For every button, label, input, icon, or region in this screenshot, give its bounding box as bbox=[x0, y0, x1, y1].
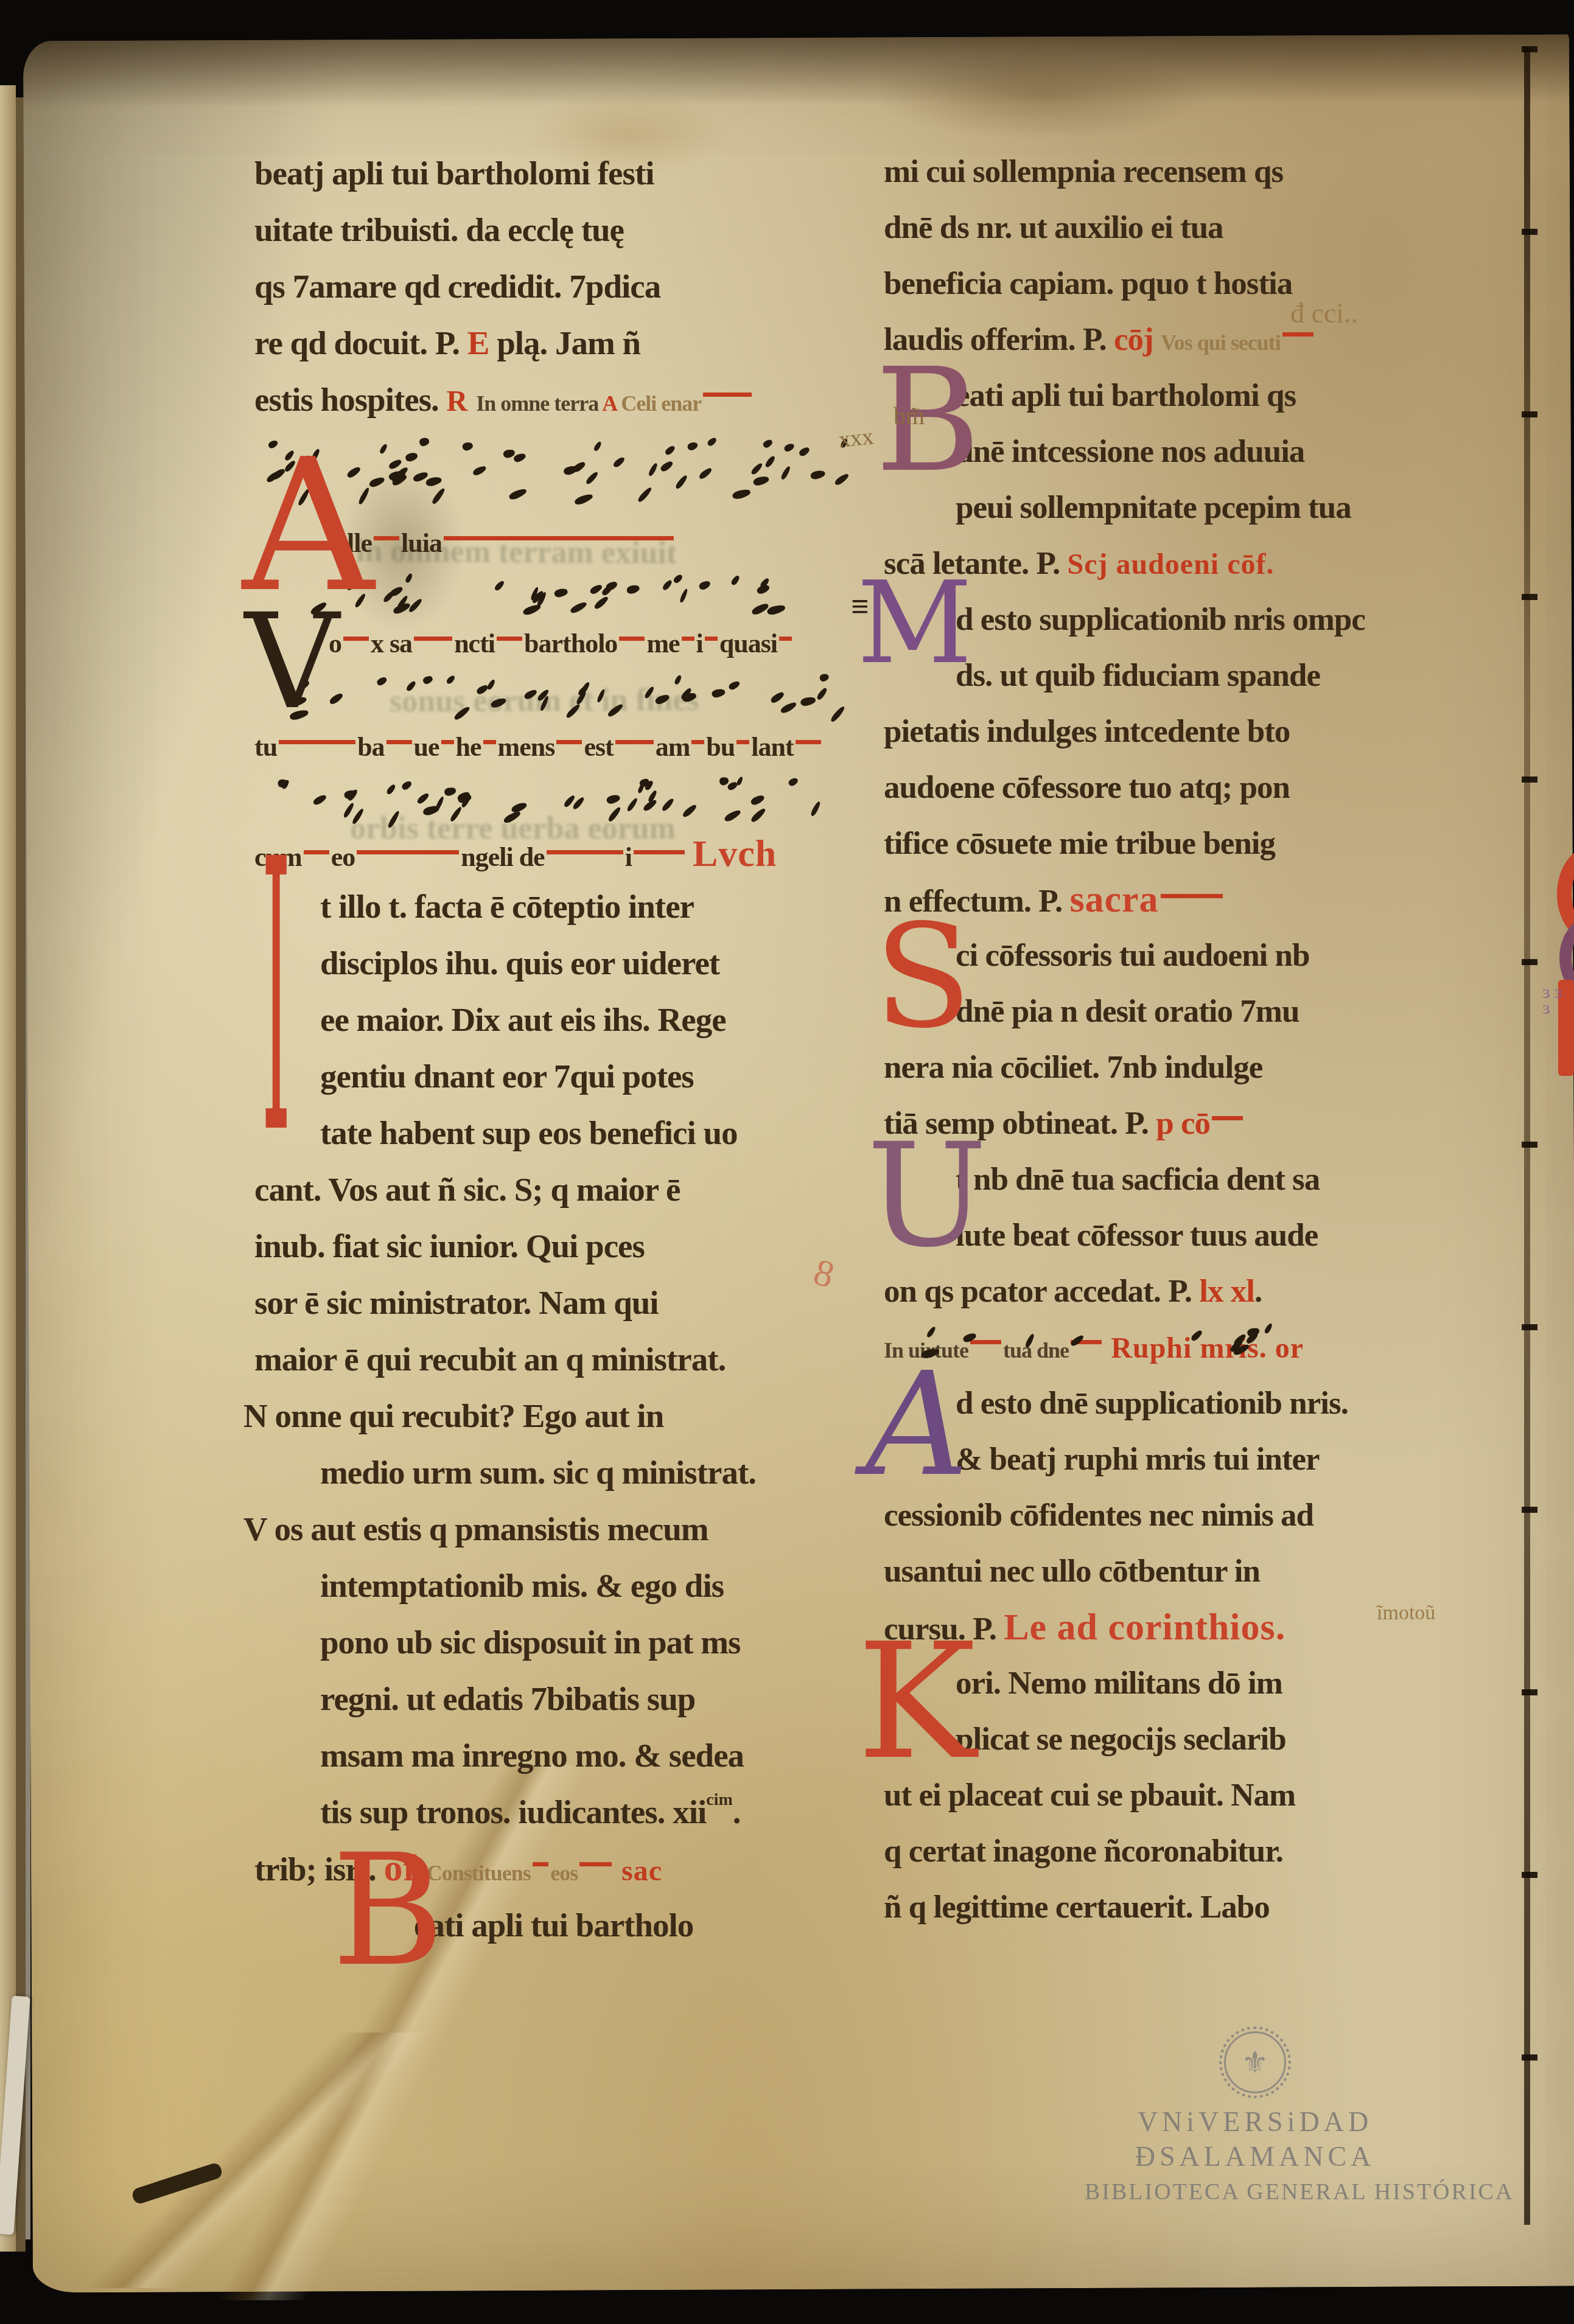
neume-mark bbox=[1247, 1327, 1260, 1338]
neume-mark bbox=[637, 486, 653, 503]
neume-mark bbox=[750, 807, 767, 823]
text-line: re qd docuit. P. E plą. Jam ñ bbox=[254, 315, 875, 371]
text-segment: p cō bbox=[1156, 1106, 1210, 1141]
red-extender-line: _ bbox=[691, 740, 704, 744]
neume-mark bbox=[508, 487, 528, 501]
neume-mark bbox=[810, 801, 822, 817]
neume-mark bbox=[673, 573, 684, 584]
neume-mark bbox=[461, 441, 473, 452]
neume-mark bbox=[405, 573, 413, 583]
initial-b-beati-right: B bbox=[875, 364, 981, 478]
neume-mark bbox=[379, 443, 388, 455]
neume-mark bbox=[750, 794, 765, 806]
red-extender-line: ______ bbox=[279, 740, 355, 744]
neume-mark bbox=[376, 675, 388, 686]
neume-mark bbox=[698, 467, 713, 481]
text-line: d esto dnē supplicationib nris. bbox=[884, 1375, 1505, 1431]
text-line: dnē pia n desit oratio 7mu bbox=[884, 983, 1505, 1039]
neume-mark bbox=[698, 579, 712, 591]
text-segment: x sa bbox=[371, 629, 412, 658]
text-segment: usantui nec ullo cōtbentur in bbox=[884, 1554, 1260, 1589]
neume-mark bbox=[422, 675, 434, 685]
text-line: tu______ba__ue_he_mens__est___am_bu_lant… bbox=[254, 723, 875, 772]
neume-mark bbox=[387, 810, 400, 828]
text-segment: ee maior. Dix aut eis ihs. Rege bbox=[320, 1001, 726, 1038]
text-segment: ngeli de bbox=[461, 842, 544, 872]
neume-mark bbox=[830, 705, 847, 723]
text-line: N onne qui recubit? Ego aut in bbox=[243, 1387, 875, 1444]
text-segment: gentiu dnant eor 7qui potes bbox=[320, 1058, 694, 1095]
purple-flourish: ɜ ɜ ɜ bbox=[1542, 985, 1574, 1016]
faded-gloss: bm̃ bbox=[894, 402, 925, 430]
neume-mark bbox=[637, 782, 646, 794]
neume-band bbox=[254, 668, 875, 723]
text-segment: q certat inagone ñcoronabitur. bbox=[884, 1834, 1283, 1869]
text-segment: tifice cōsuete mie tribue benig bbox=[884, 826, 1275, 861]
text-line: cant. Vos aut ñ sic. S; q maior ē bbox=[254, 1161, 875, 1218]
text-line: usantui nec ullo cōtbentur in bbox=[884, 1543, 1505, 1599]
text-segment: t illo t. facta ē cōteptio inter bbox=[320, 888, 694, 925]
text-line: disciplos ihu. quis eor uideret bbox=[254, 935, 875, 991]
watermark-university: VNiVERSiDAD bbox=[1103, 2106, 1407, 2138]
text-line: inub. fiat sic iunior. Qui pces bbox=[254, 1218, 875, 1274]
text-segment bbox=[687, 842, 693, 872]
text-line: regni. ut edatis 7bibatis sup bbox=[254, 1670, 875, 1727]
text-line: dnē ds nr. ut auxilio ei tua bbox=[884, 200, 1505, 256]
neume-mark bbox=[780, 466, 791, 481]
text-segment: i bbox=[696, 629, 703, 658]
text-line: ee maior. Dix aut eis ihs. Rege bbox=[254, 991, 875, 1048]
text-segment: Lvch bbox=[693, 833, 777, 874]
red-extender-line: __ bbox=[497, 637, 522, 641]
text-segment: uitate tribuisti. da ecclę tuę bbox=[254, 211, 624, 248]
text-line: nera nia cōciliet. 7nb indulge bbox=[884, 1039, 1505, 1095]
neume-mark bbox=[606, 702, 624, 718]
neume-mark bbox=[816, 687, 828, 701]
text-line: ori. Nemo militans dō im bbox=[884, 1655, 1505, 1711]
initial-v-vox: V bbox=[245, 610, 339, 714]
neume-mark bbox=[351, 808, 365, 825]
text-segment: Vos qui secuti bbox=[1161, 330, 1281, 355]
text-line: beatj apli tui bartholomi festi bbox=[254, 145, 875, 201]
text-segment: plą. Jam ñ bbox=[497, 324, 640, 361]
faded-gloss: đ cci.. bbox=[1290, 297, 1358, 329]
text-segment: inub. fiat sic iunior. Qui pces bbox=[254, 1227, 645, 1265]
neume-mark bbox=[730, 574, 741, 585]
text-line: cessionib cōfidentes nec nimis ad bbox=[884, 1487, 1505, 1543]
text-line: beneficia capiam. pquo t hostia bbox=[884, 256, 1505, 312]
red-extender-line: __ bbox=[556, 740, 582, 744]
neume-mark bbox=[797, 446, 810, 458]
book-gutter-shadow bbox=[16, 97, 26, 2252]
neume-mark bbox=[728, 680, 741, 691]
text-line: uitate tribuisti. da ecclę tuę bbox=[254, 201, 875, 258]
neume-mark bbox=[679, 588, 689, 604]
neume-mark bbox=[593, 595, 610, 610]
text-line: medio urm sum. sic q ministrat. bbox=[254, 1444, 875, 1501]
text-line: q certat inagone ñcoronabitur. bbox=[884, 1823, 1505, 1879]
text-segment: plicat se negocijs seclarib bbox=[956, 1722, 1286, 1757]
text-segment: msam ma inregno mo. & sedea bbox=[320, 1737, 744, 1774]
neume-mark bbox=[654, 693, 670, 706]
initial-b-beati: B bbox=[332, 1850, 444, 1973]
red-extender-line: ____ bbox=[634, 850, 685, 854]
text-segment: eo bbox=[331, 842, 355, 872]
neume-mark bbox=[416, 792, 430, 806]
text-line: mi cui sollempnia recensem qs bbox=[884, 144, 1505, 200]
text-segment: d esto dnē supplicationib nris. bbox=[956, 1386, 1348, 1421]
text-segment: audoene cōfessore tuo atq; pon bbox=[884, 770, 1290, 805]
neume-mark bbox=[764, 455, 775, 468]
text-line: tifice cōsuete mie tribue benig bbox=[884, 815, 1505, 871]
red-extender-line: _ bbox=[736, 740, 749, 744]
neume-mark bbox=[687, 441, 699, 452]
text-segment: pietatis indulges intcedente bto bbox=[884, 714, 1290, 749]
red-extender-line: ______ bbox=[547, 850, 623, 854]
manuscript-photo: in omnem terram exiuit sonus eorum et in… bbox=[0, 0, 1574, 2324]
text-segment: d esto supplicationib nris ompc bbox=[956, 602, 1365, 637]
text-segment: dnē ds nr. ut auxilio ei tua bbox=[884, 210, 1223, 245]
fleur-de-lis-icon: ⚜ bbox=[1226, 2033, 1284, 2092]
text-line: audoene cōfessore tuo atq; pon bbox=[884, 759, 1505, 815]
neume-mark bbox=[443, 786, 456, 797]
text-segment: mi cui sollempnia recensem qs bbox=[884, 154, 1283, 189]
text-segment: ue bbox=[414, 732, 439, 762]
text-segment: ñ q legittime certauerit. Labo bbox=[884, 1890, 1270, 1925]
text-segment: lx xl bbox=[1199, 1274, 1254, 1309]
neume-mark bbox=[565, 703, 581, 720]
neume-mark bbox=[490, 697, 508, 710]
red-extender-line: __ bbox=[387, 740, 412, 744]
neume-mark bbox=[435, 796, 445, 811]
text-line: d esto supplicationib nris ompc bbox=[884, 591, 1505, 647]
text-segment: me bbox=[646, 629, 679, 658]
text-segment: est bbox=[584, 732, 613, 762]
text-segment: ba bbox=[357, 732, 384, 762]
neume-mark bbox=[707, 436, 718, 447]
neume-mark bbox=[674, 674, 682, 685]
text-segment: he bbox=[456, 732, 481, 762]
neume-mark bbox=[711, 688, 726, 699]
text-segment: quasi bbox=[719, 629, 777, 658]
text-segment: t nb dnē tua sacficia dent sa bbox=[956, 1162, 1320, 1197]
initial-a-adesto: A bbox=[866, 1368, 969, 1482]
text-segment: re qd docuit. P. bbox=[254, 324, 467, 361]
neume-mark bbox=[446, 674, 456, 685]
text-segment: sacra bbox=[1069, 879, 1158, 920]
text-segment: sor ē sic ministrator. Nam qui bbox=[254, 1284, 659, 1321]
red-extender-line: ___ bbox=[703, 393, 752, 397]
initial-u-ut: U bbox=[867, 1139, 987, 1254]
text-line: gentiu dnant eor 7qui potes bbox=[254, 1048, 875, 1104]
neume-mark bbox=[572, 461, 587, 473]
text-line: & beatj ruphi mris tui inter bbox=[884, 1431, 1505, 1487]
text-segment: intemptationib mis. & ego dis bbox=[320, 1567, 724, 1604]
red-extender-line: ___ bbox=[615, 740, 654, 744]
red-extender-line: __ bbox=[579, 1862, 612, 1866]
text-segment: cant. Vos aut ñ sic. S; q maior ē bbox=[254, 1171, 680, 1208]
neume-mark bbox=[783, 442, 796, 453]
text-segment: am bbox=[656, 732, 690, 762]
text-line: maior ē qui recubit an q ministrat. bbox=[254, 1331, 875, 1387]
text-segment: eati apli tui bartholomi qs bbox=[956, 378, 1296, 413]
text-segment: tate habent sup eos benefici uo bbox=[320, 1114, 738, 1151]
text-segment: cōj bbox=[1114, 322, 1161, 357]
red-extender-line: _ bbox=[483, 740, 496, 744]
text-segment: . bbox=[733, 1793, 741, 1830]
neume-mark bbox=[388, 458, 402, 470]
initial-s-sancti: S bbox=[874, 920, 972, 1035]
neume-mark bbox=[449, 806, 463, 823]
neume-mark bbox=[400, 780, 413, 790]
initial-i-in-illo: I bbox=[262, 851, 290, 1150]
neume-mark bbox=[596, 688, 606, 703]
library-watermark: ⚜ VNiVERSiDAD ÐSALAMANCA BIBLIOTECA GENE… bbox=[1103, 2031, 1407, 2205]
text-segment: cim bbox=[706, 1790, 733, 1809]
neume-mark bbox=[312, 794, 327, 806]
red-extender-line: __ bbox=[796, 740, 821, 744]
neume-mark bbox=[553, 588, 568, 599]
neume-mark bbox=[753, 475, 770, 487]
text-segment: regni. ut edatis 7bibatis sup bbox=[320, 1680, 695, 1717]
neume-mark bbox=[1024, 1333, 1035, 1349]
text-line: t illo t. facta ē cōteptio inter bbox=[254, 878, 875, 935]
neume-mark bbox=[405, 452, 418, 462]
text-line: pono ub sic disposuit in pat ms bbox=[254, 1614, 875, 1670]
neume-mark bbox=[643, 686, 655, 699]
neume-mark bbox=[575, 691, 587, 706]
neume-mark bbox=[574, 492, 594, 506]
text-segment: medio urm sum. sic q ministrat. bbox=[320, 1454, 756, 1491]
neume-mark bbox=[648, 462, 659, 477]
text-segment: Scj audoeni cōf. bbox=[1067, 548, 1274, 581]
text-line: n effectum. P. sacra____ bbox=[884, 871, 1505, 927]
text-segment: ds. ut quib fiduciam spande bbox=[956, 658, 1320, 693]
red-extender-line: __ bbox=[619, 637, 645, 641]
text-segment: . bbox=[1254, 1274, 1262, 1309]
left-text-column: beatj apli tui bartholomi festiuitate tr… bbox=[254, 145, 875, 1953]
text-segment: disciplos ihu. quis eor uideret bbox=[320, 944, 719, 982]
neume-mark bbox=[523, 688, 538, 701]
neume-mark bbox=[664, 444, 676, 456]
text-segment: A bbox=[602, 391, 621, 416]
neume-mark bbox=[1069, 1334, 1085, 1348]
text-segment: qs 7amare qd credidit. 7pdica bbox=[254, 268, 660, 305]
red-extender-line: __ bbox=[1212, 1116, 1243, 1120]
red-extender-line: ___ bbox=[414, 637, 452, 641]
margin-mark: ≡ bbox=[851, 589, 869, 625]
neume-mark bbox=[486, 679, 496, 691]
neume-mark bbox=[419, 437, 430, 447]
text-segment: lant bbox=[751, 732, 793, 762]
text-segment: maior ē qui recubit an q ministrat. bbox=[254, 1341, 726, 1378]
text-segment: & beatj ruphi mris tui inter bbox=[956, 1442, 1320, 1477]
text-line: ut ei placeat cui se pbauit. Nam bbox=[884, 1767, 1505, 1823]
neume-mark bbox=[494, 579, 506, 591]
neume-mark bbox=[724, 808, 743, 823]
red-extender-line: _ bbox=[779, 637, 792, 641]
red-extender-line: __ bbox=[1282, 332, 1313, 337]
next-page-sliver: ɜ ɜ ɜ bbox=[1535, 43, 1574, 2227]
text-line: plicat se negocijs seclarib bbox=[884, 1711, 1505, 1767]
neume-mark bbox=[766, 604, 786, 616]
neume-mark bbox=[800, 696, 816, 707]
text-line: scā letante. P. Scj audoeni cōf. bbox=[884, 536, 1505, 591]
text-segment: sac bbox=[621, 1855, 662, 1887]
neume-mark bbox=[593, 441, 603, 452]
text-segment: In omne terra bbox=[476, 391, 602, 416]
neume-mark bbox=[962, 1331, 978, 1344]
text-segment: beneficia capiam. pquo t hostia bbox=[884, 266, 1292, 301]
text-line: cum__eo________ngeli de______i____ Lvch bbox=[254, 829, 875, 878]
neume-mark bbox=[810, 469, 826, 480]
neume-mark bbox=[750, 602, 769, 616]
neume-mark bbox=[833, 472, 850, 487]
neume-mark bbox=[736, 776, 744, 786]
neume-mark bbox=[612, 456, 626, 469]
neume-mark bbox=[385, 783, 396, 795]
red-extender-line: _ bbox=[533, 1862, 549, 1866]
text-line: msam ma inregno mo. & sedea bbox=[254, 1727, 875, 1784]
red-extender-line: _ bbox=[441, 740, 454, 744]
text-line: V os aut estis q pmansistis mecum bbox=[243, 1501, 875, 1557]
university-seal-icon: ⚜ bbox=[1224, 2031, 1286, 2093]
text-segment: luia bbox=[401, 528, 442, 558]
text-segment: ori. Nemo militans dō im bbox=[956, 1666, 1282, 1701]
text-segment: dnē pia n desit oratio 7mu bbox=[956, 994, 1299, 1029]
neume-mark bbox=[405, 680, 417, 692]
initial-k-kori: K bbox=[857, 1638, 976, 1766]
neume-mark bbox=[732, 488, 752, 500]
parchment-stain bbox=[870, 49, 1211, 140]
text-line: sor ē sic ministrator. Nam qui bbox=[254, 1274, 875, 1331]
neume-mark bbox=[1190, 1329, 1203, 1342]
neume-mark bbox=[585, 471, 600, 486]
neume-mark bbox=[769, 691, 785, 704]
text-segment: mens bbox=[498, 732, 555, 762]
text-segment: bu bbox=[706, 732, 735, 762]
red-extender-line: __________________ bbox=[444, 536, 674, 540]
neume-mark bbox=[425, 476, 442, 487]
neume-mark bbox=[342, 802, 355, 818]
initial-m-adesto: M bbox=[857, 578, 972, 668]
watermark-library: BIBLIOTECA GENERAL HISTÓRICA bbox=[1085, 2179, 1407, 2205]
text-segment: ci cōfessoris tui audoeni nb bbox=[956, 938, 1310, 973]
text-segment: peui sollempnitate pcepim tua bbox=[956, 490, 1351, 525]
neume-mark bbox=[471, 465, 487, 478]
text-line: qs 7amare qd credidit. 7pdica bbox=[254, 258, 875, 315]
red-extender-line: ________ bbox=[357, 850, 459, 854]
text-segment: bartholo bbox=[524, 629, 617, 658]
neume-mark bbox=[681, 803, 698, 818]
text-segment: pono ub sic disposuit in pat ms bbox=[320, 1624, 740, 1661]
neume-mark bbox=[389, 585, 404, 598]
text-segment: dnē intcessione nos aduuia bbox=[956, 434, 1304, 469]
neume-mark bbox=[661, 797, 675, 812]
neume-mark bbox=[750, 461, 763, 475]
neume-mark bbox=[788, 777, 799, 787]
text-line: tate habent sup eos benefici uo bbox=[254, 1104, 875, 1161]
red-extender-line: __ bbox=[304, 850, 329, 854]
text-segment: R bbox=[447, 385, 477, 417]
text-segment: eos bbox=[550, 1861, 578, 1885]
text-segment: Celi enar bbox=[621, 391, 701, 416]
neume-mark bbox=[926, 1325, 937, 1338]
text-segment: N onne qui recubit? Ego aut in bbox=[243, 1397, 663, 1434]
neume-mark bbox=[626, 584, 640, 595]
text-line: intemptationib mis. & ego dis bbox=[254, 1557, 875, 1614]
neume-mark bbox=[920, 1347, 940, 1359]
text-segment: estis hospites. bbox=[254, 381, 447, 418]
red-extender-line: ____ bbox=[1161, 894, 1223, 898]
neume-mark bbox=[659, 459, 674, 472]
neume-mark bbox=[607, 806, 621, 823]
faded-gloss: xxx bbox=[838, 423, 875, 453]
text-line: ci cōfessoris tui audoeni nb bbox=[884, 927, 1505, 983]
text-segment: V os aut estis q pmansistis mecum bbox=[243, 1510, 708, 1548]
text-line: pietatis indulges intcedente bto bbox=[884, 703, 1505, 759]
neume-mark bbox=[431, 487, 446, 504]
text-line: ñ q legittime certauerit. Labo bbox=[884, 1879, 1505, 1935]
neume-mark bbox=[1264, 1322, 1273, 1334]
text-segment: ncti bbox=[454, 629, 495, 658]
text-line: ds. ut quib fiduciam spande bbox=[884, 647, 1505, 703]
neume-mark bbox=[626, 797, 639, 812]
neume-mark bbox=[570, 601, 589, 615]
text-segment bbox=[614, 1851, 621, 1888]
neume-mark bbox=[606, 794, 621, 804]
text-segment: lute beat cōfessor tuus aude bbox=[956, 1218, 1318, 1253]
text-segment: E bbox=[467, 324, 497, 361]
neume-band bbox=[254, 772, 875, 829]
watermark-salamanca: ÐSALAMANCA bbox=[1103, 2140, 1407, 2172]
text-segment: eati apli tui bartholo bbox=[414, 1907, 693, 1944]
neume-mark bbox=[780, 700, 798, 714]
parchment-crease bbox=[24, 2033, 487, 2288]
neume-mark bbox=[819, 672, 830, 683]
neume-mark bbox=[662, 579, 673, 591]
neume-mark bbox=[674, 474, 688, 490]
neume-band bbox=[907, 1313, 1296, 1363]
faded-gloss: ĩmotoũ bbox=[1377, 1602, 1435, 1625]
text-segment: beatj apli tui bartholomi festi bbox=[254, 155, 654, 192]
red-extender-line: __ bbox=[374, 536, 399, 540]
neume-mark bbox=[453, 705, 471, 721]
neume-mark bbox=[762, 438, 774, 449]
text-segment: Le ad corinthios. bbox=[1004, 1607, 1285, 1648]
book-gutter-page-edges bbox=[0, 85, 16, 2252]
text-segment: i bbox=[625, 842, 632, 872]
initial-a-alleluia: A bbox=[242, 453, 374, 599]
red-extender-line: _ bbox=[705, 637, 718, 641]
red-extender-line: _ bbox=[682, 637, 694, 641]
red-extender-line: __ bbox=[343, 637, 369, 641]
